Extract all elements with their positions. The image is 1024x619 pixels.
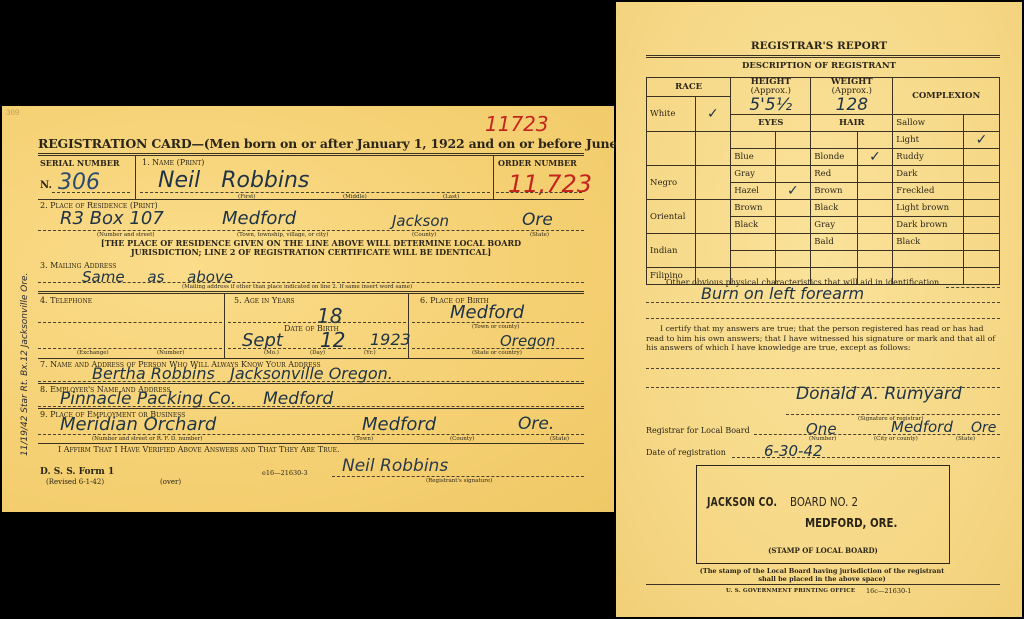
stamp-note: (The stamp of the Local Board having jur… <box>691 567 953 583</box>
telephone-label: 4. Telephone <box>40 296 92 305</box>
complexion-dark: Dark <box>893 166 964 183</box>
order-number: 11,723 <box>508 170 592 198</box>
caption-state: (State) <box>530 232 549 238</box>
caption-employment-street: (Number and street or R. F. D. number) <box>92 436 202 442</box>
header-hair: HAIR <box>811 115 893 132</box>
registration-card-front: 309 11/19/42 Star Rt. Bx.12 Jacksonville… <box>2 106 614 512</box>
height-value: 5'5½ <box>734 96 807 114</box>
header-eyes: EYES <box>731 115 811 132</box>
corner-mark: 309 <box>6 109 19 117</box>
complexion-ruddy: Ruddy <box>893 149 964 166</box>
form-revised: (Revised 6-1-42) <box>46 478 104 486</box>
eyes-blue: Blue <box>731 149 775 166</box>
eyes-hazel-check: ✓ <box>775 183 811 200</box>
employment-state: Ore. <box>518 414 554 434</box>
description-table: RACE HEIGHT (Approx.) 5'5½ WEIGHT (Appro… <box>646 77 1000 285</box>
back-print-code: 16c—21630-1 <box>866 587 911 595</box>
other-characteristics-value: Burn on left forearm <box>701 284 864 303</box>
mailing-caption: (Mailing address if other than place ind… <box>182 284 412 290</box>
printer-label: U. S. GOVERNMENT PRINTING OFFICE <box>726 588 855 594</box>
residence-notice: [THE PLACE OF RESIDENCE GIVEN ON THE LIN… <box>38 239 584 257</box>
certify-text: I certify that my answers are true; that… <box>646 324 1000 353</box>
stamp-county: JACKSON CO. <box>707 495 777 509</box>
local-board-city: Medford <box>891 418 953 436</box>
signature-caption: (Registrant's signature) <box>426 478 492 484</box>
caption-day: (Day) <box>310 350 325 356</box>
stamp-board: BOARD NO. 2 <box>790 495 858 509</box>
complexion-light: Light <box>893 132 964 149</box>
complexion-black: Black <box>893 234 964 251</box>
eyes-hazel: Hazel <box>731 183 775 200</box>
stamp-city: MEDFORD, ORE. <box>805 516 897 530</box>
height-cell: HEIGHT (Approx.) 5'5½ <box>731 78 811 115</box>
complexion-light-brown: Light brown <box>893 200 964 217</box>
birthplace-town: Medford <box>450 302 524 323</box>
report-title: REGISTRAR'S REPORT <box>616 40 1022 52</box>
hair-blonde-check: ✓ <box>857 149 893 166</box>
caption-board-state: (State) <box>956 436 975 442</box>
serial-number: 306 <box>58 170 100 195</box>
stamp-caption: (STAMP OF LOCAL BOARD) <box>697 546 949 555</box>
race-negro: Negro <box>647 166 696 200</box>
registrars-report-back: REGISTRAR'S REPORT DESCRIPTION OF REGIST… <box>616 2 1022 617</box>
caption-birth-state: (State or country) <box>472 350 522 356</box>
complexion-light-check: ✓ <box>963 132 999 149</box>
eyes-brown: Brown <box>731 200 775 217</box>
race-indian: Indian <box>647 234 696 268</box>
age-label: 5. Age in Years <box>234 296 294 305</box>
eyes-black: Black <box>731 217 775 234</box>
caption-employment-town: (Town) <box>354 436 373 442</box>
dob-year: 1923 <box>370 330 411 349</box>
residence-town: Medford <box>222 208 296 229</box>
race-oriental: Oriental <box>647 200 696 234</box>
order-label: ORDER NUMBER <box>498 158 577 168</box>
hair-bald: Bald <box>811 234 857 251</box>
print-code: e16—21630-3 <box>262 469 308 477</box>
side-annotation: 11/19/42 Star Rt. Bx.12 Jacksonville Ore… <box>20 266 30 456</box>
residence-state: Ore <box>522 210 553 230</box>
race-white: White <box>647 97 696 132</box>
complexion-sallow: Sallow <box>893 115 964 132</box>
hair-gray: Gray <box>811 217 857 234</box>
card-title: REGISTRATION CARD—(Men born on or after … <box>38 136 686 151</box>
order-number-annotation: 11723 <box>485 112 549 136</box>
caption-employment-state: (State) <box>550 436 569 442</box>
race-white-check: ✓ <box>695 97 731 132</box>
caption-year: (Yr.) <box>364 350 376 356</box>
header-race: RACE <box>647 78 731 97</box>
serial-label: SERIAL NUMBER <box>40 158 120 168</box>
caption-phone-number: (Number) <box>157 350 184 356</box>
registrant-name: Neil Robbins <box>158 168 309 193</box>
local-board-state: Ore <box>971 420 996 436</box>
form-id: D. S. S. Form 1 <box>40 467 114 477</box>
residence-county: Jackson <box>392 212 449 230</box>
caption-birth-town: (Town or county) <box>472 324 519 330</box>
eyes-gray: Gray <box>731 166 775 183</box>
weight-cell: WEIGHT (Approx.) 128 <box>811 78 893 115</box>
stamp-box: JACKSON CO. BOARD NO. 2 MEDFORD, ORE. (S… <box>696 465 950 564</box>
weight-value: 128 <box>814 96 889 114</box>
registrant-signature: Neil Robbins <box>342 456 448 476</box>
caption-employment-county: (County) <box>450 436 474 442</box>
hair-brown: Brown <box>811 183 857 200</box>
employment-town: Medford <box>362 414 436 435</box>
header-complexion: COMPLEXION <box>893 78 1000 115</box>
registrar-signature: Donald A. Rumyard <box>796 384 962 404</box>
serial-prefix: N. <box>40 180 52 191</box>
affirmation: I Affirm That I Have Verified Above Answ… <box>58 445 340 454</box>
complexion-freckled: Freckled <box>893 183 964 200</box>
date-label: Date of registration <box>646 448 726 457</box>
hair-blonde: Blonde <box>811 149 857 166</box>
date-value: 6-30-42 <box>764 442 823 460</box>
complexion-dark-brown: Dark brown <box>893 217 964 234</box>
residence-street: R3 Box 107 <box>60 208 164 229</box>
caption-board-city: (City or county) <box>874 436 918 442</box>
local-board-label: Registrar for Local Board <box>646 426 750 435</box>
caption-exchange: (Exchange) <box>77 350 109 356</box>
report-subtitle: DESCRIPTION OF REGISTRANT <box>616 61 1022 71</box>
employment-street: Meridian Orchard <box>60 414 216 435</box>
row-serial-name: SERIAL NUMBER N. 306 1. Name (Print) Nei… <box>38 156 584 199</box>
name-label: 1. Name (Print) <box>142 158 204 167</box>
hair-black: Black <box>811 200 857 217</box>
hair-red: Red <box>811 166 857 183</box>
over-label: (over) <box>160 478 181 486</box>
caption-month: (Mo.) <box>264 350 279 356</box>
